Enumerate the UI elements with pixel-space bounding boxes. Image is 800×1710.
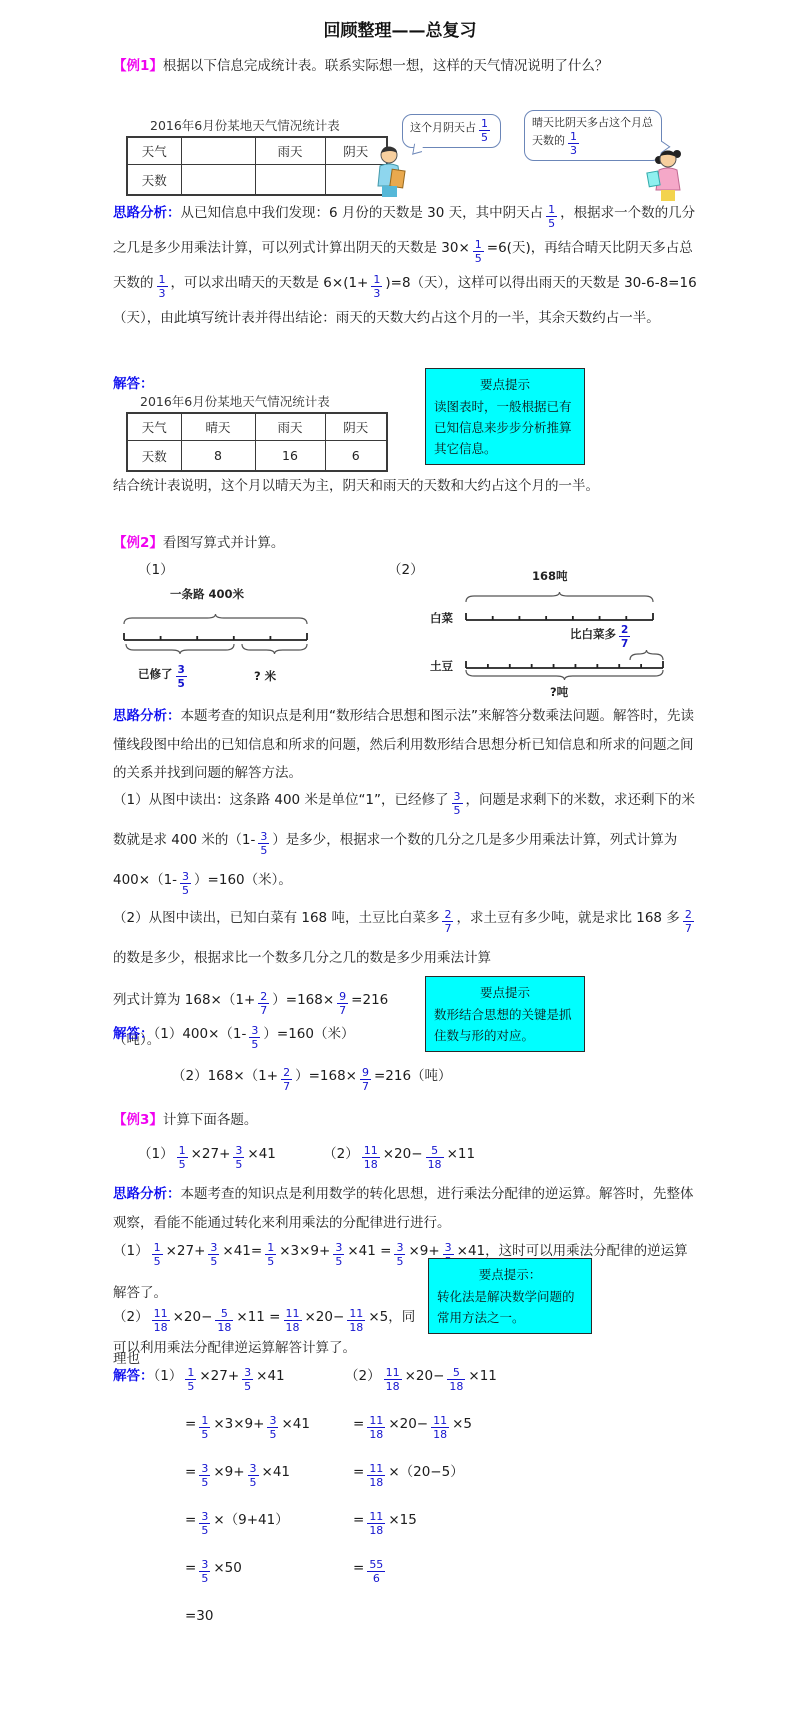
table-cell: 晴天 xyxy=(181,413,255,441)
table-cell xyxy=(255,165,325,196)
example1-closing: 结合统计表说明，这个月以晴天为主，阴天和雨天的天数和大约占这个月的一半。 xyxy=(113,474,697,498)
potato-bar xyxy=(466,661,663,668)
answer-table-title: 2016年6月份某地天气情况统计表 xyxy=(140,392,330,410)
fraction: 35 xyxy=(394,1242,405,1268)
worksheet-page: 回顾整理——总复习 【例1】根据以下信息完成统计表。联系实际想一想，这样的天气情… xyxy=(0,0,800,1710)
table-row: 天数 xyxy=(127,165,387,196)
example2-step1: （1）从图中读出：这条路 400 米是单位“1”，已经修了35，问题是求剩下的米… xyxy=(113,780,697,900)
fraction: 15 xyxy=(152,1242,163,1268)
table-cell: 8 xyxy=(181,441,255,472)
equation-line: =15×3×9+35×41 xyxy=(113,1400,343,1448)
fraction: 15 xyxy=(265,1242,276,1268)
equation-line: =1118×15 xyxy=(345,1496,595,1544)
fraction: 15 xyxy=(479,118,490,144)
fraction: 1118 xyxy=(284,1308,302,1334)
fraction: 15 xyxy=(185,1367,196,1393)
table-row: 天气 雨天 阴天 xyxy=(127,137,387,165)
over-brace xyxy=(124,614,307,624)
equation-line: =35×9+35×41 xyxy=(113,1448,343,1496)
table-cell: 天气 xyxy=(127,137,181,165)
example3-expressions: （1）15×27+35×41 （2）1118×20−518×11 xyxy=(138,1132,698,1176)
fraction: 97 xyxy=(360,1067,371,1093)
more-than-label: 比白菜多27 xyxy=(570,624,633,650)
fraction: 35 xyxy=(242,1367,253,1393)
table-cell: 雨天 xyxy=(255,413,325,441)
over-brace xyxy=(466,592,653,602)
paper xyxy=(647,171,660,187)
fraction: 518 xyxy=(215,1308,233,1334)
example3-analysis: 思路分析：本题考查的知识点是利用数学的转化思想，进行乘法分配律的逆运算。解答时，… xyxy=(113,1180,697,1237)
table-cell: 天数 xyxy=(127,165,181,196)
table-cell: 6 xyxy=(325,441,387,472)
fraction: 15 xyxy=(177,1145,188,1171)
table-cell: 雨天 xyxy=(255,137,325,165)
example2-analysis: 思路分析：本题考查的知识点是利用“数形结合思想和图示法”来解答分数乘法问题。解答… xyxy=(113,702,697,788)
segment-diagram-road: 一条路 400米 已修了35 ? 米 xyxy=(112,580,327,700)
fraction: 15 xyxy=(473,239,484,265)
fraction: 35 xyxy=(233,1145,244,1171)
diagram-lines xyxy=(418,566,680,700)
fraction: 35 xyxy=(248,1463,259,1489)
speech-bubble-right: 晴天比阴天多占这个月总天数的13 xyxy=(524,110,662,161)
fraction: 1118 xyxy=(367,1463,385,1489)
fraction: 27 xyxy=(442,909,453,935)
fraction: 13 xyxy=(568,131,579,157)
tip-body: 转化法是解决数学问题的常用方法之一。 xyxy=(437,1286,583,1328)
under-brace xyxy=(466,670,663,680)
fraction: 27 xyxy=(619,624,630,650)
extra-brace xyxy=(630,650,663,660)
fraction: 35 xyxy=(199,1511,210,1537)
section-label: 思路分析： xyxy=(113,1186,181,1202)
speech-bubble-left: 这个月阴天占15 xyxy=(402,114,501,148)
diagram-top-label: 168吨 xyxy=(532,568,568,584)
tip-title: 要点提示 xyxy=(434,374,576,395)
weather-table-blank: 天气 雨天 阴天 天数 xyxy=(126,136,388,196)
example-label: 【例3】 xyxy=(113,1112,163,1128)
cabbage-label: 白菜 xyxy=(430,610,453,626)
example3-solution-left: 解答：（1）15×27+35×41=15×3×9+35×41=35×9+35×4… xyxy=(113,1352,343,1640)
example2-step2: （2）从图中读出，已知白菜有 168 吨，土豆比白菜多27，求土豆有多少吨，就是… xyxy=(113,898,697,978)
bubble-text: 这个月阴天占15 xyxy=(410,121,493,134)
fraction: 35 xyxy=(452,791,463,817)
solution-label: 解答： xyxy=(113,372,154,392)
section-label: 解答： xyxy=(113,1368,154,1384)
weather-table-answer: 天气 晴天 雨天 阴天 天数 8 16 6 xyxy=(126,412,388,472)
fraction: 15 xyxy=(546,204,557,230)
table-cell xyxy=(181,137,255,165)
equation-line: =30 xyxy=(113,1592,343,1640)
fraction: 27 xyxy=(281,1067,292,1093)
section-label: 解答： xyxy=(113,1026,154,1042)
fraction: 13 xyxy=(157,274,168,300)
bubble-text: 晴天比阴天多占这个月总天数的13 xyxy=(532,116,653,147)
rest-label: ? 米 xyxy=(254,668,276,684)
section-label: 思路分析： xyxy=(113,205,181,221)
example3-heading: 【例3】计算下面各题。 xyxy=(113,1108,695,1128)
fraction: 35 xyxy=(267,1415,278,1441)
section-label: 思路分析： xyxy=(113,708,181,724)
equation-line: 解答：（1）15×27+35×41 xyxy=(113,1352,343,1400)
table-cell xyxy=(181,165,255,196)
example2-solution-2: （2）168×（1+27）=168×97=216（吨） xyxy=(172,1056,592,1096)
equation-line: =35×（9+41） xyxy=(113,1496,343,1544)
weather-table-title: 2016年6月份某地天气情况统计表 xyxy=(150,116,340,134)
example1-heading: 【例1】根据以下信息完成统计表。联系实际想一想，这样的天气情况说明了什么？ xyxy=(113,50,695,82)
equation-line: =1118×（20−5） xyxy=(345,1448,595,1496)
boy-cartoon xyxy=(374,144,408,200)
fraction: 35 xyxy=(199,1463,210,1489)
tip-box-3: 要点提示： 转化法是解决数学问题的常用方法之一。 xyxy=(428,1258,592,1334)
page-title: 回顾整理——总复习 xyxy=(0,16,800,41)
equation-line: （2）1118×20−518×11 xyxy=(345,1352,595,1400)
fraction: 35 xyxy=(199,1559,210,1585)
fraction: 35 xyxy=(208,1242,219,1268)
fraction: 35 xyxy=(333,1242,344,1268)
example2-heading: 【例2】看图写算式并计算。 xyxy=(113,531,695,551)
done-label: 已修了35 xyxy=(138,664,190,690)
fraction: 1118 xyxy=(367,1511,385,1537)
fraction: 35 xyxy=(258,831,269,857)
diagram-top-label: 一条路 400米 xyxy=(170,586,244,602)
example2-solution-1: 解答：（1）400×（1-35）=160（米） xyxy=(113,1014,533,1054)
fraction: 518 xyxy=(426,1145,444,1171)
example3-solution-right: （2）1118×20−518×11=1118×20−1118×5=1118×（2… xyxy=(345,1352,595,1592)
tip-box-1: 要点提示 读图表时，一般根据已有已知信息来步步分析推算其它信息。 xyxy=(425,368,585,465)
example1-analysis: 思路分析：从已知信息中我们发现：6 月份的天数是 30 天，其中阴天占15，根据… xyxy=(113,196,697,336)
equation-line: =1118×20−1118×5 xyxy=(345,1400,595,1448)
fraction: 35 xyxy=(180,871,191,897)
fraction: 35 xyxy=(249,1025,260,1051)
fraction: 556 xyxy=(367,1559,385,1585)
fraction: 1118 xyxy=(152,1308,170,1334)
example-label: 【例2】 xyxy=(113,535,163,551)
tip-body: 读图表时，一般根据已有已知信息来步步分析推算其它信息。 xyxy=(434,396,576,459)
fraction: 13 xyxy=(371,274,382,300)
cabbage-bar xyxy=(466,613,653,620)
fraction: 518 xyxy=(447,1367,465,1393)
tip-title: 要点提示： xyxy=(437,1264,583,1285)
example-label: 【例1】 xyxy=(113,58,163,74)
fraction: 27 xyxy=(683,909,694,935)
table-row: 天数 8 16 6 xyxy=(127,441,387,472)
table-cell: 天气 xyxy=(127,413,181,441)
clipboard xyxy=(390,169,405,188)
fraction: 1118 xyxy=(431,1415,449,1441)
table-cell: 16 xyxy=(255,441,325,472)
table-cell: 阴天 xyxy=(325,413,387,441)
segment-diagram-vegetables: 168吨 白菜 比白菜多27 土豆 ?吨 xyxy=(418,566,680,700)
fraction: 1118 xyxy=(362,1145,380,1171)
fraction: 1118 xyxy=(347,1308,365,1334)
fraction: 15 xyxy=(199,1415,210,1441)
question-label: ?吨 xyxy=(550,684,568,700)
item1-label: （1） xyxy=(138,558,174,578)
under-brace-rest xyxy=(242,644,307,654)
bubble-tail xyxy=(412,141,424,154)
fraction: 1118 xyxy=(367,1415,385,1441)
potato-label: 土豆 xyxy=(430,658,453,674)
table-cell: 天数 xyxy=(127,441,181,472)
equation-line: =556 xyxy=(345,1544,595,1592)
equation-line: =35×50 xyxy=(113,1544,343,1592)
table-row: 天气 晴天 雨天 阴天 xyxy=(127,413,387,441)
tip-title: 要点提示 xyxy=(434,982,576,1003)
segment-bar xyxy=(124,633,307,640)
fraction: 1118 xyxy=(384,1367,402,1393)
under-brace-done xyxy=(126,644,234,654)
fraction: 35 xyxy=(176,664,187,690)
